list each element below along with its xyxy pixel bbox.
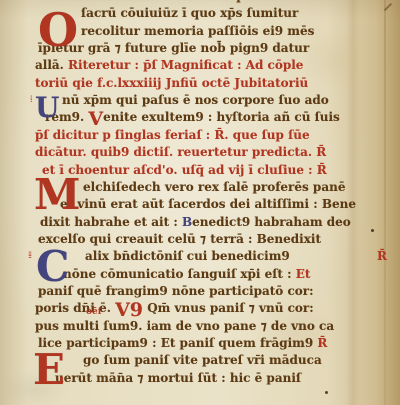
text-segment: excelſo qui creauit celū ⁊ terrā : Bened…	[38, 232, 321, 246]
text-line: alix bn̄dictōniſ cui benedicim9R̄	[35, 248, 387, 265]
text-line: ſacrū cōuiuiūz ī quo xp̄s ſumitur	[35, 5, 383, 22]
text-segment: et ī choentur aſcd'o. uſq̄ ad vij ī cluſ…	[42, 163, 327, 177]
text-segment: go ſum paniſ vite patreſ vr̄i māduca	[83, 353, 322, 367]
text-line: dicātur. quib9 dictiſ. reuertetur predic…	[35, 144, 337, 161]
text-line: rem9. Venite exultem9 : hyſtoria añ cū ſ…	[35, 109, 347, 128]
illuminated-initial-m-melchisedech: M	[34, 174, 81, 216]
illuminated-initial-e-ego: E	[33, 349, 65, 391]
text-line: excelſo qui creauit celū ⁊ terrā : Bened…	[35, 231, 340, 248]
text-line: īpletur grā ⁊ future glīe nob̄ pign9 dat…	[35, 40, 340, 57]
text-line: dixit habrahe et ait : Benedict9 habraha…	[35, 214, 342, 231]
text-segment: et vinū erat aūt ſacerdos dei altiſſimi …	[60, 197, 356, 211]
illuminated-initial-c-calix: C	[36, 246, 69, 288]
text-segment: recolitur memoria paſſiōis ei9 mēs	[81, 24, 314, 38]
text-segment: elchiſedech vero rex ſalē proferēs panē	[83, 180, 345, 194]
illuminated-initial-u-unum: U	[35, 94, 59, 122]
text-segment: alix bn̄dictōniſ cui benedicim9	[85, 249, 290, 263]
text-segment: Et	[296, 267, 311, 281]
text-segment: nōne cōmunicatio ſanguiſ xp̄i eſt :	[63, 267, 296, 281]
text-line: elchiſedech vero rex ſalē proferēs panē	[35, 179, 385, 196]
ink-speck	[384, 3, 392, 11]
text-segment: enedict9 habraham deo	[192, 215, 351, 229]
page-right-edge	[384, 0, 386, 405]
text-segment: lice participam9 : Et paniſ quem frāgim9	[38, 336, 317, 350]
illuminated-initial-u-unum-flourish: ⁞	[30, 96, 32, 105]
text-segment: īpletur grā ⁊ future glīe nob̄ pign9 dat…	[38, 41, 309, 55]
text-segment: Riteretur : p̄ſ Magnificat : Ad cōple	[68, 58, 303, 72]
text-segment: paniſ quē frangim9 nōne participatō cor:	[38, 284, 314, 298]
text-segment: B	[182, 215, 192, 229]
text-line: ſacrāmēti cōmemoratiōe ſollēpniter recol…	[35, 0, 339, 5]
ink-speck	[325, 391, 328, 394]
text-segment: hyſtoria añ cū ſuis	[216, 110, 339, 124]
text-line: allā. Riteretur : p̄ſ Magnificat : Ad cō…	[35, 57, 337, 74]
text-line: nū xp̄m qui paſus ē nos corpore ſuo ado	[35, 92, 364, 109]
text-line: pus multi ſum9. iam de vno pane ⁊ de vno…	[35, 318, 337, 335]
text-line: toriū qie f.c.lxxxiiij Jnfiū octē Jubita…	[35, 75, 337, 92]
text-line: et ī choentur aſcd'o. uſq̄ ad vij ī cluſ…	[35, 162, 344, 179]
text-segment: enite exultem9 :	[103, 110, 216, 124]
text-line: lice participam9 : Et paniſ quem frāgim9…	[35, 335, 340, 352]
text-line: poris dn̄i ē. V9 Qm̄ vnus paniſ ⁊ vnū co…	[35, 300, 337, 319]
text-line: nōne cōmunicatio ſanguiſ xp̄i eſt : Et	[35, 266, 365, 283]
text-segment: R̄	[377, 248, 387, 265]
ink-speck	[371, 229, 374, 232]
text-segment: poris dn̄i ē.	[35, 301, 115, 315]
text-segment: ſacrāmēti cōmemoratiōe ſollēpniter recol…	[37, 0, 339, 3]
text-segment: allā.	[35, 58, 68, 72]
text-segment: pus multi ſum9. iam de vno pane ⁊ de vno…	[35, 319, 334, 333]
text-segment: Qm̄ vnus paniſ ⁊ vnū cor:	[143, 301, 314, 315]
text-segment: p̄ſ dicitur p ſinglas feriaſ : R̄. que ſ…	[35, 128, 310, 142]
illuminated-initial-c-calix-flourish: ⁞⁞	[28, 252, 31, 261]
text-line: paniſ quē frangim9 nōne participatō cor:	[35, 283, 340, 300]
text-line: et vinū erat aūt ſacerdos dei altiſſimi …	[35, 196, 362, 213]
manuscript-page: ſacrāmēti cōmemoratiōe ſollēpniter recol…	[0, 0, 400, 405]
text-line: uerūt mān̄a ⁊ mortui ſūt : hic ē paniſ	[35, 370, 357, 387]
text-segment: nū xp̄m qui paſus ē nos corpore ſuo ado	[62, 93, 329, 107]
text-segment: ſacrū cōuiuiūz ī quo xp̄s ſumitur	[81, 6, 298, 20]
text-line: go ſum paniſ vite patreſ vr̄i māduca	[35, 352, 385, 369]
text-segment: R̄	[317, 336, 327, 350]
text-segment: uerūt mān̄a ⁊ mortui ſūt : hic ē paniſ	[55, 371, 301, 385]
text-line: recolitur memoria paſſiōis ei9 mēs	[35, 23, 383, 40]
text-segment: toriū qie f.c.lxxxiiij Jnfiū octē Jubita…	[35, 76, 308, 90]
text-line: p̄ſ dicitur p ſinglas feriaſ : R̄. que ſ…	[35, 127, 337, 144]
text-segment: dicātur. quib9 dictiſ. reuertetur predic…	[35, 145, 326, 159]
interlinear-note: oēſ	[86, 307, 102, 317]
illuminated-initial-o-sacrum: O	[38, 7, 78, 53]
